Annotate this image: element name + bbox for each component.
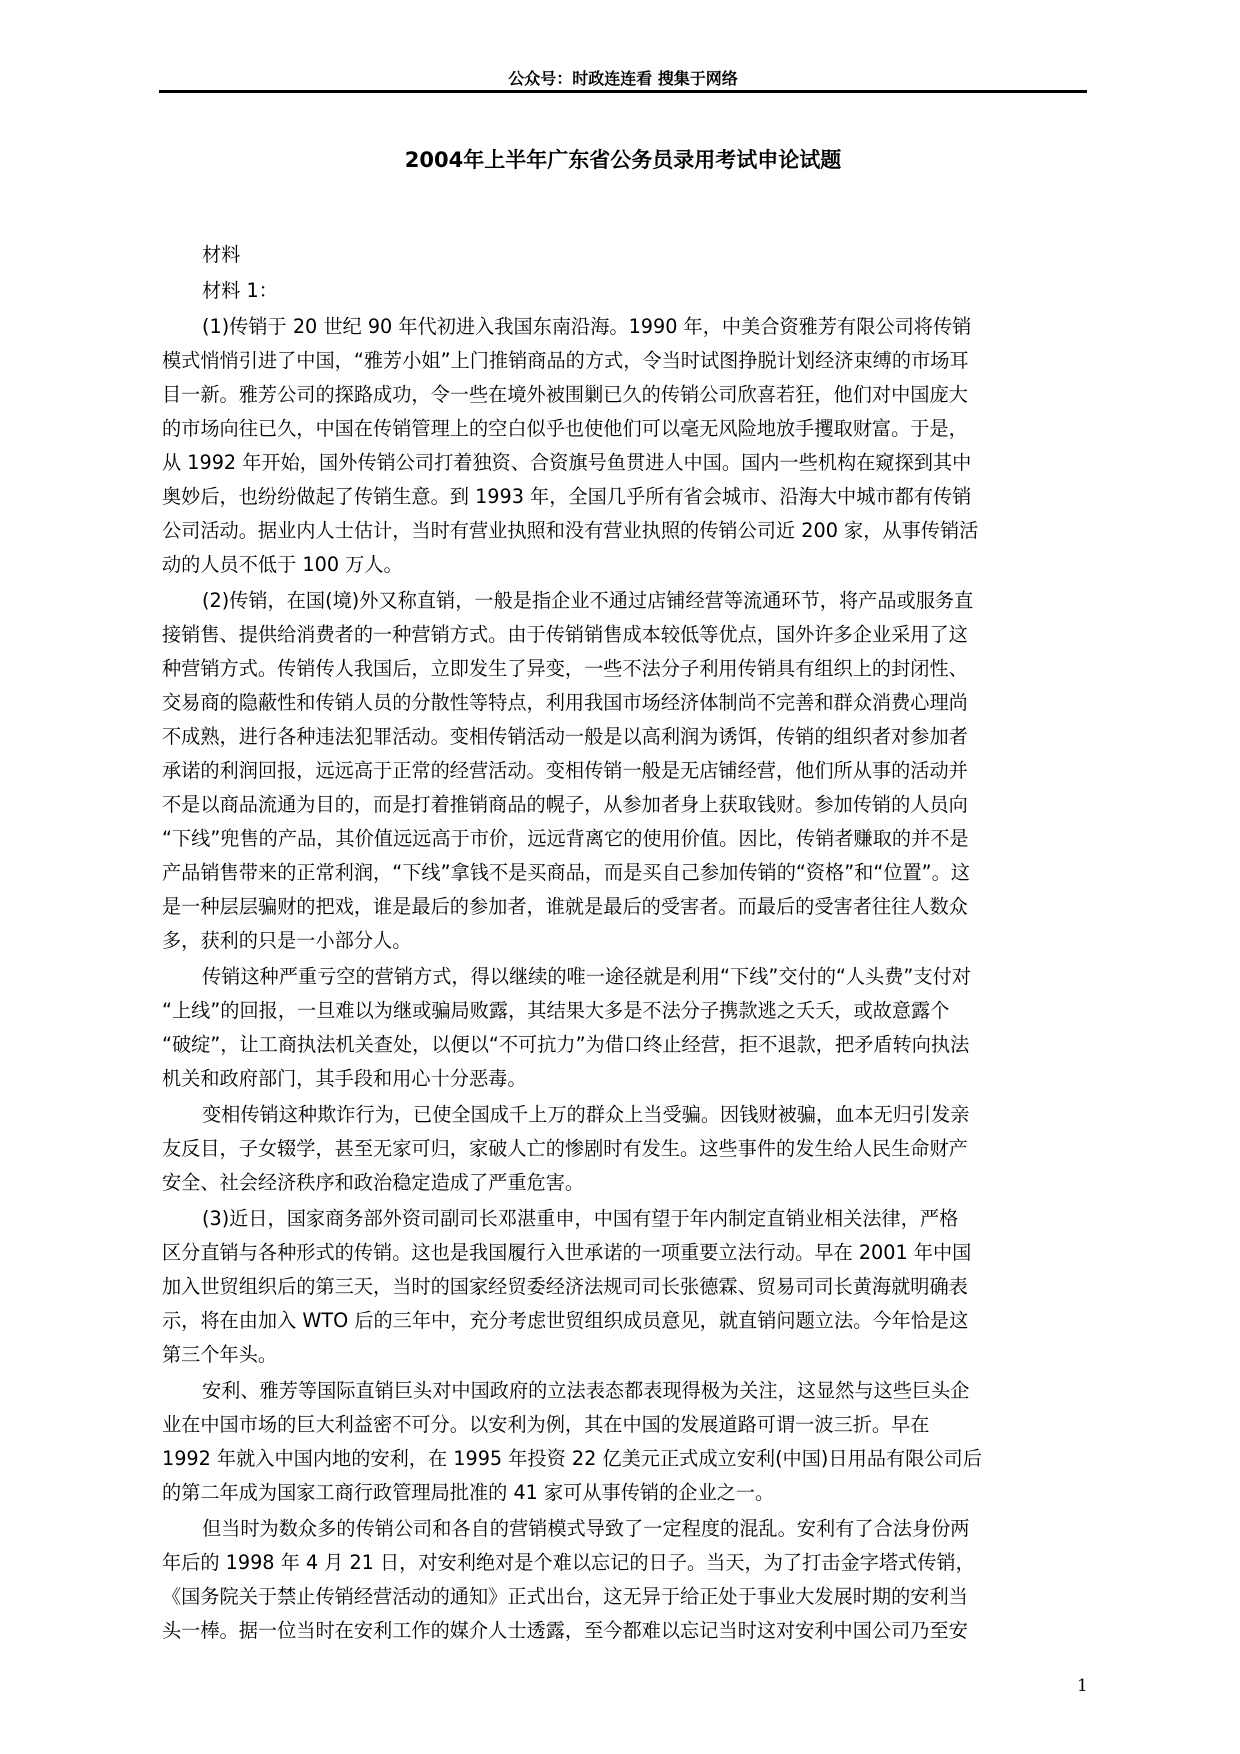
subsection-label: 材料 1： bbox=[162, 274, 1084, 308]
paragraph-line: (1)传销于 20 世纪 90 年代初进入我国东南沿海。1990 年，中美合资雅… bbox=[162, 310, 1084, 344]
paragraph-line: 1992 年就入中国内地的安利，在 1995 年投资 22 亿美元正式成立安利(… bbox=[162, 1442, 1084, 1476]
document-title: 2004年上半年广东省公务员录用考试申论试题 bbox=[159, 144, 1087, 174]
paragraph-line: “下线”兜售的产品，其价值远远高于市价，远远背离它的使用价值。因比，传销者赚取的… bbox=[162, 822, 1084, 856]
paragraph-line: 示，将在由加入 WTO 后的三年中，充分考虑世贸组织成员意见，就直销问题立法。今… bbox=[162, 1304, 1084, 1338]
paragraph: 变相传销这种欺诈行为，已使全国成千上万的群众上当受骗。因钱财被骗，血本无归引发亲… bbox=[162, 1098, 1084, 1200]
document-body: 材料 材料 1： (1)传销于 20 世纪 90 年代初进入我国东南沿海。199… bbox=[162, 238, 1084, 1650]
paragraph-line: 奥妙后，也纷纷做起了传销生意。到 1993 年，全国几乎所有省会城市、沿海大中城… bbox=[162, 480, 1084, 514]
paragraph-line: 模式悄悄引进了中国，“雅芳小姐”上门推销商品的方式，令当时试图挣脱计划经济束缚的… bbox=[162, 344, 1084, 378]
section-label: 材料 bbox=[162, 238, 1084, 272]
paragraph-line: 是一种层层骗财的把戏，谁是最后的参加者，谁就是最后的受害者。而最后的受害者往往人… bbox=[162, 890, 1084, 924]
paragraph-line: “破绽”，让工商执法机关查处，以便以“不可抗力”为借口终止经营，拒不退款，把矛盾… bbox=[162, 1028, 1084, 1062]
paragraph-line: 年后的 1998 年 4 月 21 日，对安利绝对是个难以忘记的日子。当天，为了… bbox=[162, 1546, 1084, 1580]
paragraph-line: 产品销售带来的正常利润，“下线”拿钱不是买商品，而是买自己参加传销的“资格”和“… bbox=[162, 856, 1084, 890]
paragraph-line: 承诺的利润回报，远远高于正常的经营活动。变相传销一般是无店铺经营，他们所从事的活… bbox=[162, 754, 1084, 788]
paragraph: (1)传销于 20 世纪 90 年代初进入我国东南沿海。1990 年，中美合资雅… bbox=[162, 310, 1084, 582]
paragraph-line: 加入世贸组织后的第三天，当时的国家经贸委经济法规司司长张德霖、贸易司司长黄海就明… bbox=[162, 1270, 1084, 1304]
paragraph-line: 《国务院关于禁止传销经营活动的通知》正式出台，这无异于给正处于事业大发展时期的安… bbox=[162, 1580, 1084, 1614]
paragraph-line: 种营销方式。传销传人我国后，立即发生了异变，一些不法分子利用传销具有组织上的封闭… bbox=[162, 652, 1084, 686]
header-divider bbox=[159, 90, 1087, 93]
paragraph-list: (1)传销于 20 世纪 90 年代初进入我国东南沿海。1990 年，中美合资雅… bbox=[162, 310, 1084, 1648]
paragraph-line: (3)近日，国家商务部外资司副司长邓湛重申，中国有望于年内制定直销业相关法律，严… bbox=[162, 1202, 1084, 1236]
paragraph-line: 不是以商品流通为目的，而是打着推销商品的幌子，从参加者身上获取钱财。参加传销的人… bbox=[162, 788, 1084, 822]
paragraph-line: 机关和政府部门，其手段和用心十分恶毒。 bbox=[162, 1062, 1084, 1096]
paragraph-line: 安全、社会经济秩序和政治稳定造成了严重危害。 bbox=[162, 1166, 1084, 1200]
paragraph: (2)传销，在国(境)外又称直销，一般是指企业不通过店铺经营等流通环节，将产品或… bbox=[162, 584, 1084, 958]
paragraph: 但当时为数众多的传销公司和各自的营销模式导致了一定程度的混乱。安利有了合法身份两… bbox=[162, 1512, 1084, 1648]
paragraph: 传销这种严重亏空的营销方式，得以继续的唯一途径就是利用“下线”交付的“人头费”支… bbox=[162, 960, 1084, 1096]
page-number: 1 bbox=[1077, 1676, 1088, 1696]
paragraph-line: 多，获利的只是一小部分人。 bbox=[162, 924, 1084, 958]
paragraph-line: 的市场向往已久，中国在传销管理上的空白似乎也使他们可以毫无风险地放手攫取财富。于… bbox=[162, 412, 1084, 446]
paragraph-line: 目一新。雅芳公司的探路成功，令一些在境外被围剿已久的传销公司欣喜若狂，他们对中国… bbox=[162, 378, 1084, 412]
paragraph-line: 传销这种严重亏空的营销方式，得以继续的唯一途径就是利用“下线”交付的“人头费”支… bbox=[162, 960, 1084, 994]
paragraph-line: 接销售、提供给消费者的一种营销方式。由于传销销售成本较低等优点，国外许多企业采用… bbox=[162, 618, 1084, 652]
paragraph-line: 友反目，子女辍学，甚至无家可归，家破人亡的惨剧时有发生。这些事件的发生给人民生命… bbox=[162, 1132, 1084, 1166]
paragraph-line: 安利、雅芳等国际直销巨头对中国政府的立法表态都表现得极为关注，这显然与这些巨头企 bbox=[162, 1374, 1084, 1408]
paragraph-line: (2)传销，在国(境)外又称直销，一般是指企业不通过店铺经营等流通环节，将产品或… bbox=[162, 584, 1084, 618]
paragraph-line: 变相传销这种欺诈行为，已使全国成千上万的群众上当受骗。因钱财被骗，血本无归引发亲 bbox=[162, 1098, 1084, 1132]
paragraph-line: 头一棒。据一位当时在安利工作的媒介人士透露，至今都难以忘记当时这对安利中国公司乃… bbox=[162, 1614, 1084, 1648]
header-source-text: 公众号：时政连连看 搜集于网络 bbox=[159, 66, 1087, 89]
paragraph-line: 第三个年头。 bbox=[162, 1338, 1084, 1372]
paragraph: (3)近日，国家商务部外资司副司长邓湛重申，中国有望于年内制定直销业相关法律，严… bbox=[162, 1202, 1084, 1372]
paragraph-line: 区分直销与各种形式的传销。这也是我国履行入世承诺的一项重要立法行动。早在 200… bbox=[162, 1236, 1084, 1270]
paragraph-line: “上线”的回报，一旦难以为继或骗局败露，其结果大多是不法分子携款逃之夭夭，或故意… bbox=[162, 994, 1084, 1028]
paragraph-line: 业在中国市场的巨大利益密不可分。以安利为例，其在中国的发展道路可谓一波三折。早在 bbox=[162, 1408, 1084, 1442]
paragraph-line: 不成熟，进行各种违法犯罪活动。变相传销活动一般是以高利润为诱饵，传销的组织者对参… bbox=[162, 720, 1084, 754]
paragraph: 安利、雅芳等国际直销巨头对中国政府的立法表态都表现得极为关注，这显然与这些巨头企… bbox=[162, 1374, 1084, 1510]
paragraph-line: 交易商的隐蔽性和传销人员的分散性等特点，利用我国市场经济体制尚不完善和群众消费心… bbox=[162, 686, 1084, 720]
paragraph-line: 从 1992 年开始，国外传销公司打着独资、合资旗号鱼贯进人中国。国内一些机构在… bbox=[162, 446, 1084, 480]
paragraph-line: 但当时为数众多的传销公司和各自的营销模式导致了一定程度的混乱。安利有了合法身份两 bbox=[162, 1512, 1084, 1546]
paragraph-line: 公司活动。据业内人士估计，当时有营业执照和没有营业执照的传销公司近 200 家，… bbox=[162, 514, 1084, 548]
paragraph-line: 的第二年成为国家工商行政管理局批准的 41 家可从事传销的企业之一。 bbox=[162, 1476, 1084, 1510]
paragraph-line: 动的人员不低于 100 万人。 bbox=[162, 548, 1084, 582]
